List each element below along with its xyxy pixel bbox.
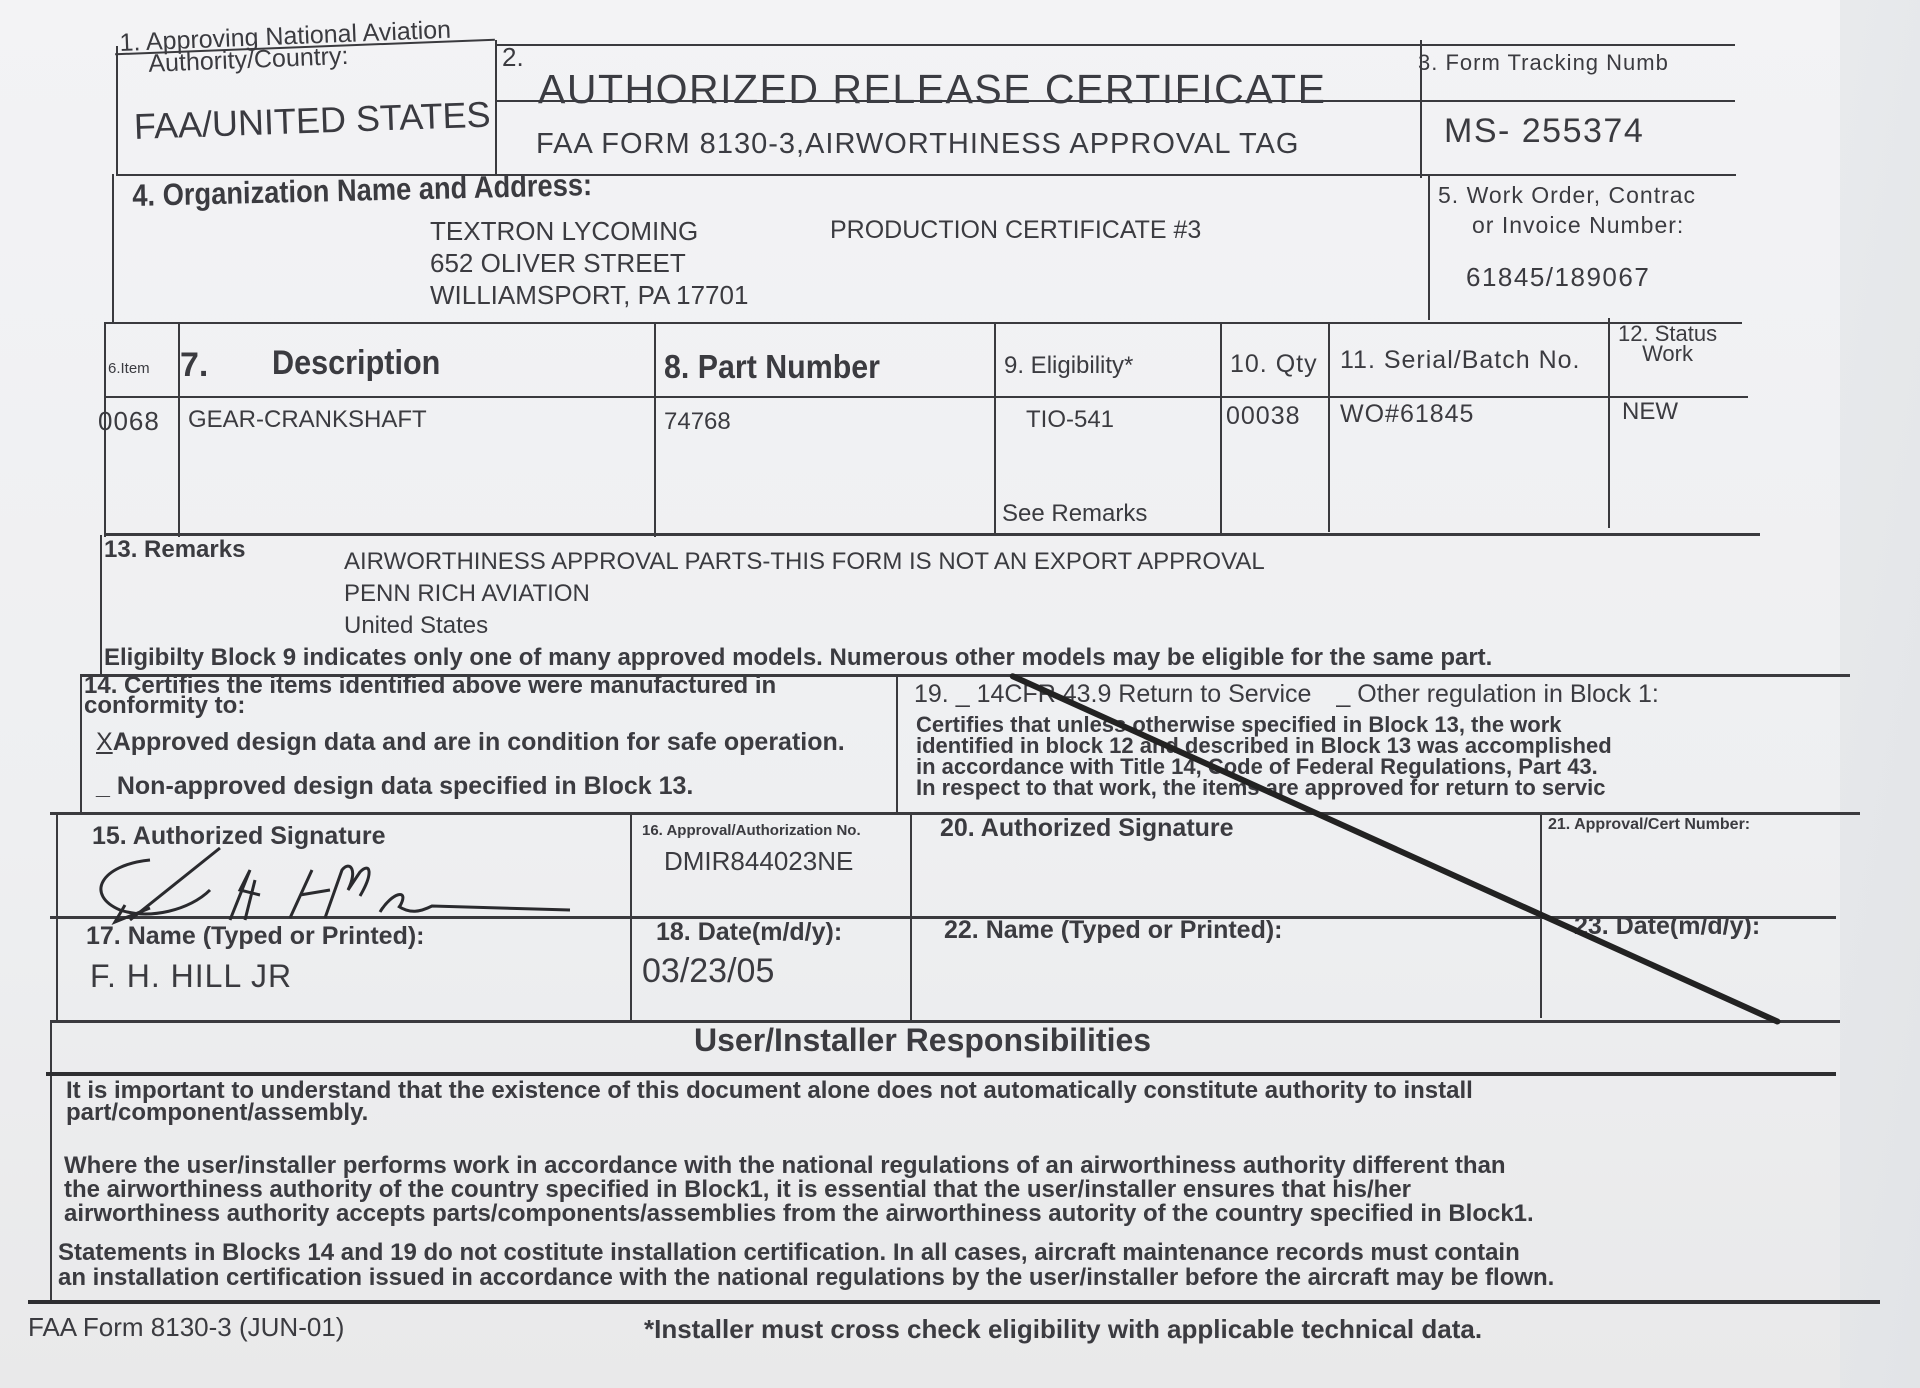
- checkbox-non-approved-design[interactable]: _: [96, 772, 110, 800]
- responsibilities-title: User/Installer Responsibilities: [694, 1022, 1151, 1059]
- col-part-number-header: 8. Part Number: [664, 348, 880, 386]
- rule: [112, 174, 114, 324]
- block17-label: 17. Name (Typed or Printed):: [86, 922, 425, 951]
- rule: [104, 533, 1760, 536]
- cell-qty: 00038: [1226, 402, 1301, 431]
- form-subtitle: FAA FORM 8130-3,AIRWORTHINESS APPROVAL T…: [536, 128, 1299, 161]
- rule: [1220, 322, 1222, 533]
- block16-label: 16. Approval/Authorization No.: [642, 822, 861, 839]
- eligibility-see-remarks: See Remarks: [1002, 500, 1147, 528]
- rule: [104, 396, 1748, 398]
- rule: [1328, 322, 1330, 532]
- block14-label-line2: conformity to:: [84, 696, 776, 716]
- option-other-regulation[interactable]: _ Other regulation in Block 1:: [1336, 680, 1658, 708]
- remarks-line: PENN RICH AVIATION: [344, 578, 1265, 610]
- rule: [80, 674, 82, 814]
- rule: [46, 1072, 1836, 1076]
- block20-label: 20. Authorized Signature: [940, 814, 1234, 843]
- block19-label: 19.: [914, 680, 949, 708]
- rule: [1608, 318, 1610, 528]
- remarks-label: 13. Remarks: [104, 536, 245, 564]
- block5-label-line1: 5. Work Order, Contrac: [1438, 182, 1696, 209]
- block3-label: 3. Form Tracking Numb: [1418, 50, 1669, 76]
- rule: [106, 322, 1742, 324]
- rule: [896, 674, 898, 814]
- responsibility-line: the airworthiness authority of the count…: [64, 1178, 1534, 1202]
- form-title: AUTHORIZED RELEASE CERTIFICATE: [538, 66, 1326, 113]
- rule: [50, 1020, 52, 1300]
- block23-label: 23. Date(m/d/y):: [1574, 912, 1760, 941]
- block21-label: 21. Approval/Cert Number:: [1548, 816, 1750, 834]
- approval-authorization-number: DMIR844023NE: [664, 846, 853, 877]
- col-status-header-line2: Work: [1618, 344, 1717, 364]
- option-approved-design-text: Approved design data and are in conditio…: [113, 728, 845, 756]
- rule: [116, 46, 118, 174]
- block5-label-line2: or Invoice Number:: [1472, 212, 1684, 239]
- responsibility-paragraph: Where the user/installer performs work i…: [64, 1154, 1534, 1226]
- checkbox-approved-design[interactable]: X: [96, 728, 113, 756]
- cell-serial: WO#61845: [1340, 400, 1474, 429]
- option-non-approved-design[interactable]: _ Non-approved design data specified in …: [96, 772, 693, 801]
- eligibility-statement: Eligibilty Block 9 indicates only one of…: [104, 644, 1492, 672]
- printed-name: F. H. HILL JR: [90, 958, 292, 995]
- block14-label: 14. Certifies the items identified above…: [84, 676, 776, 716]
- remarks-line: AIRWORTHINESS APPROVAL PARTS-THIS FORM I…: [344, 546, 1265, 578]
- rule: [1428, 174, 1430, 320]
- release-date: 03/23/05: [642, 952, 774, 991]
- organization-name: TEXTRON LYCOMING: [430, 216, 698, 247]
- responsibility-line: part/component/assembly.: [66, 1102, 1473, 1124]
- cell-status: NEW: [1622, 398, 1678, 426]
- work-order-number: 61845/189067: [1466, 262, 1650, 293]
- block19-line: identified in block 12 and described in …: [916, 735, 1612, 756]
- installer-note: *Installer must cross check eligibility …: [644, 1314, 1482, 1345]
- cell-item: 0068: [98, 406, 160, 437]
- form-id: FAA Form 8130-3 (JUN-01): [28, 1312, 344, 1343]
- remarks-text: AIRWORTHINESS APPROVAL PARTS-THIS FORM I…: [344, 546, 1265, 642]
- col-eligibility-header: 9. Eligibility*: [1004, 352, 1133, 380]
- certificate-paper: 1. Approving National Aviation Authority…: [0, 0, 1840, 1388]
- block19-line: in accordance with Title 14, Code of Fed…: [916, 756, 1612, 777]
- organization-street: 652 OLIVER STREET: [430, 248, 686, 279]
- col-item-header: 6.Item: [108, 360, 150, 377]
- option-14cfr-return-to-service[interactable]: _ 14CFR 43.9 Return to Service: [956, 680, 1312, 708]
- responsibility-line: airworthiness authority accepts parts/co…: [64, 1202, 1534, 1226]
- col-qty-header: 10. Qty: [1230, 350, 1318, 379]
- col-description-number: 7.: [180, 346, 208, 385]
- authority-country-value: FAA/UNITED STATES: [133, 94, 491, 148]
- block2-label: 2.: [502, 42, 524, 73]
- responsibility-line: an installation certification issued in …: [58, 1265, 1554, 1290]
- cell-part-number: 74768: [664, 408, 731, 436]
- rule: [495, 44, 1735, 46]
- form-tracking-number: MS- 255374: [1444, 112, 1644, 151]
- authorized-signature: [80, 840, 580, 925]
- block22-label: 22. Name (Typed or Printed):: [944, 916, 1283, 945]
- cell-eligibility: TIO-541: [1026, 406, 1114, 434]
- rule: [28, 1300, 1880, 1304]
- col-status-header: 12. Status Work: [1618, 324, 1717, 364]
- option-approved-design[interactable]: XApproved design data and are in conditi…: [96, 728, 845, 757]
- cell-description: GEAR-CRANKSHAFT: [188, 406, 427, 434]
- block19-line: Certifies that unless otherwise specifie…: [916, 714, 1612, 735]
- col-serial-header: 11. Serial/Batch No.: [1340, 346, 1580, 375]
- block18-label: 18. Date(m/d/y):: [656, 918, 842, 947]
- col-description-header: Description: [272, 344, 440, 383]
- rule: [100, 535, 102, 675]
- production-certificate: PRODUCTION CERTIFICATE #3: [830, 216, 1201, 245]
- responsibility-line: Where the user/installer performs work i…: [64, 1154, 1534, 1178]
- responsibility-paragraph: Statements in Blocks 14 and 19 do not co…: [58, 1240, 1554, 1290]
- organization-city: WILLIAMSPORT, PA 17701: [430, 280, 748, 311]
- block1-label: 1. Approving National Aviation Authority…: [119, 19, 452, 76]
- rule: [495, 40, 497, 174]
- responsibility-line: Statements in Blocks 14 and 19 do not co…: [58, 1240, 1554, 1265]
- responsibility-paragraph: It is important to understand that the e…: [66, 1080, 1473, 1124]
- rule: [994, 322, 996, 535]
- option-non-approved-design-text: Non-approved design data specified in Bl…: [117, 772, 694, 800]
- remarks-line: United States: [344, 610, 1265, 642]
- rule: [654, 322, 656, 537]
